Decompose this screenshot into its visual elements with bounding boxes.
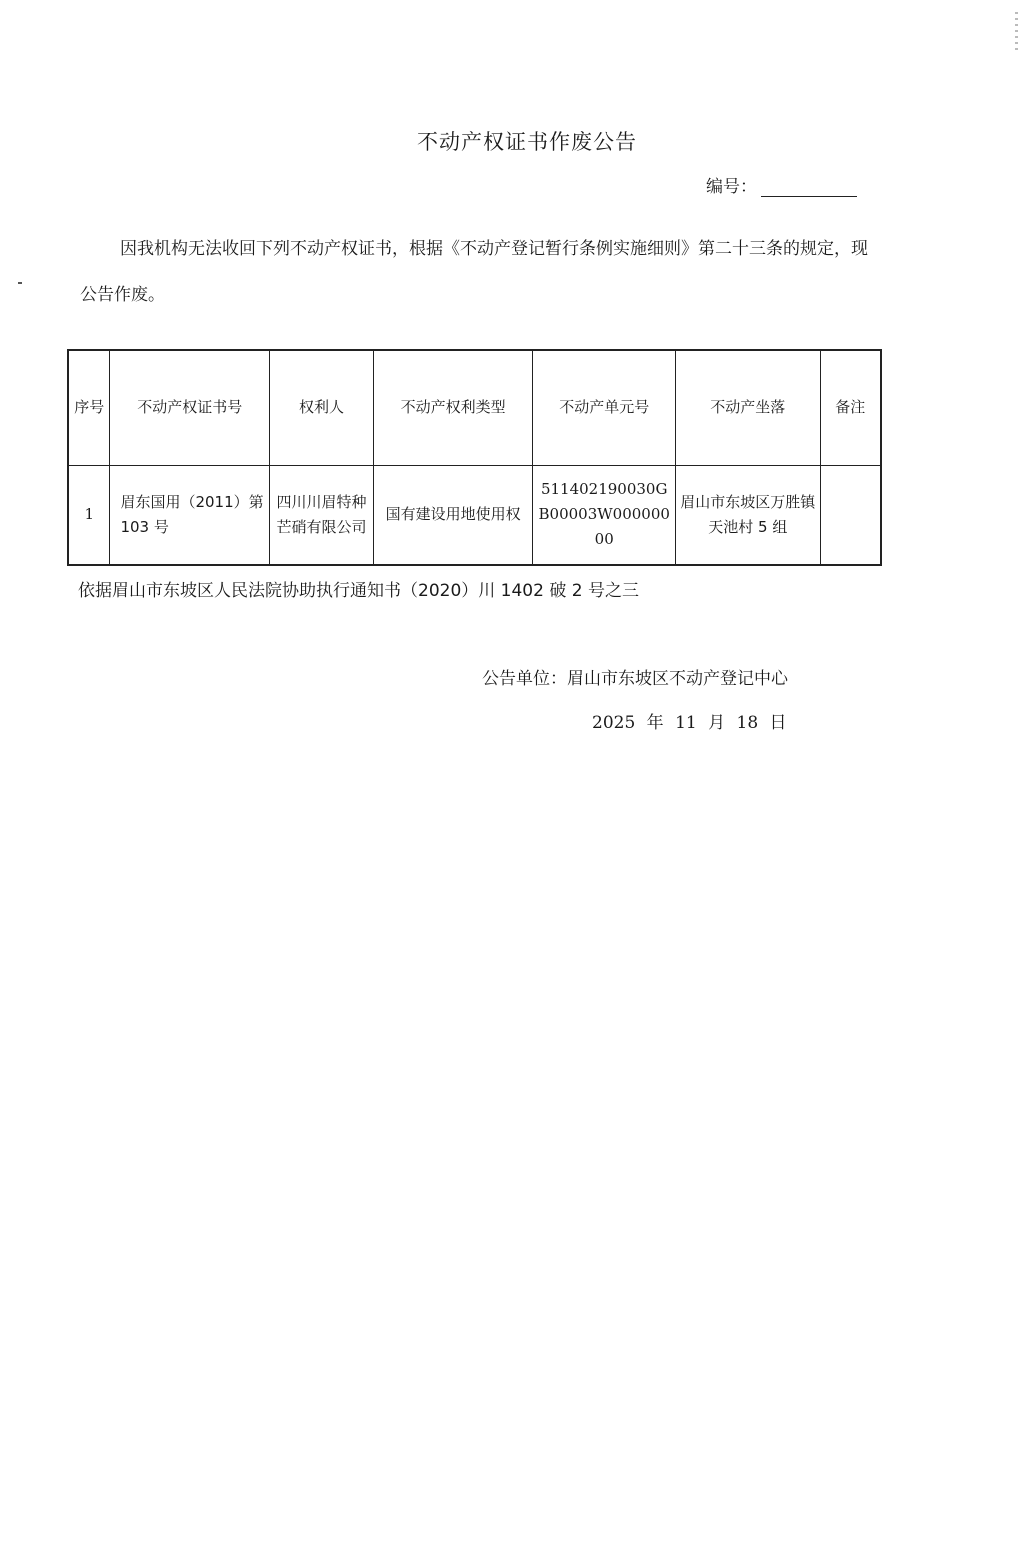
cell-remark xyxy=(820,465,881,565)
header-right-holder: 权利人 xyxy=(270,350,374,465)
header-unit-no: 不动产单元号 xyxy=(533,350,676,465)
intro-paragraph: 因我机构无法收回下列不动产权证书，根据《不动产登记暂行条例实施细则》第二十三条的… xyxy=(80,226,880,318)
scan-artifact xyxy=(1015,12,1018,52)
header-right-type: 不动产权利类型 xyxy=(373,350,533,465)
header-certificate-no: 不动产权证书号 xyxy=(110,350,270,465)
header-location: 不动产坐落 xyxy=(676,350,821,465)
cell-unit-no: 511402190030GB00003W00000000 xyxy=(533,465,676,565)
cell-certificate-no: 眉东国用（2011）第 103 号 xyxy=(110,465,270,565)
cell-index: 1 xyxy=(68,465,110,565)
cell-location: 眉山市东坡区万胜镇天池村 5 组 xyxy=(676,465,821,565)
issue-date: 2025 年 11 月 18 日 xyxy=(592,708,787,733)
certificate-table: 序号 不动产权证书号 权利人 不动产权利类型 不动产单元号 不动产坐落 备注 1… xyxy=(67,349,882,566)
cell-right-type: 国有建设用地使用权 xyxy=(373,465,533,565)
legal-basis: 依据眉山市东坡区人民法院协助执行通知书（2020）川 1402 破 2 号之三 xyxy=(78,576,639,601)
cell-right-holder: 四川川眉特种芒硝有限公司 xyxy=(270,465,374,565)
scan-artifact-dot xyxy=(18,282,22,284)
serial-label: 编号： xyxy=(706,172,757,197)
serial-blank xyxy=(761,178,857,197)
serial-number: 编号： xyxy=(706,172,857,197)
table-header-row: 序号 不动产权证书号 权利人 不动产权利类型 不动产单元号 不动产坐落 备注 xyxy=(68,350,881,465)
header-remark: 备注 xyxy=(820,350,881,465)
document-title: 不动产权证书作废公告 xyxy=(0,126,1024,156)
table-row: 1 眉东国用（2011）第 103 号 四川川眉特种芒硝有限公司 国有建设用地使… xyxy=(68,465,881,565)
issuing-unit: 公告单位：眉山市东坡区不动产登记中心 xyxy=(482,664,788,689)
header-index: 序号 xyxy=(68,350,110,465)
